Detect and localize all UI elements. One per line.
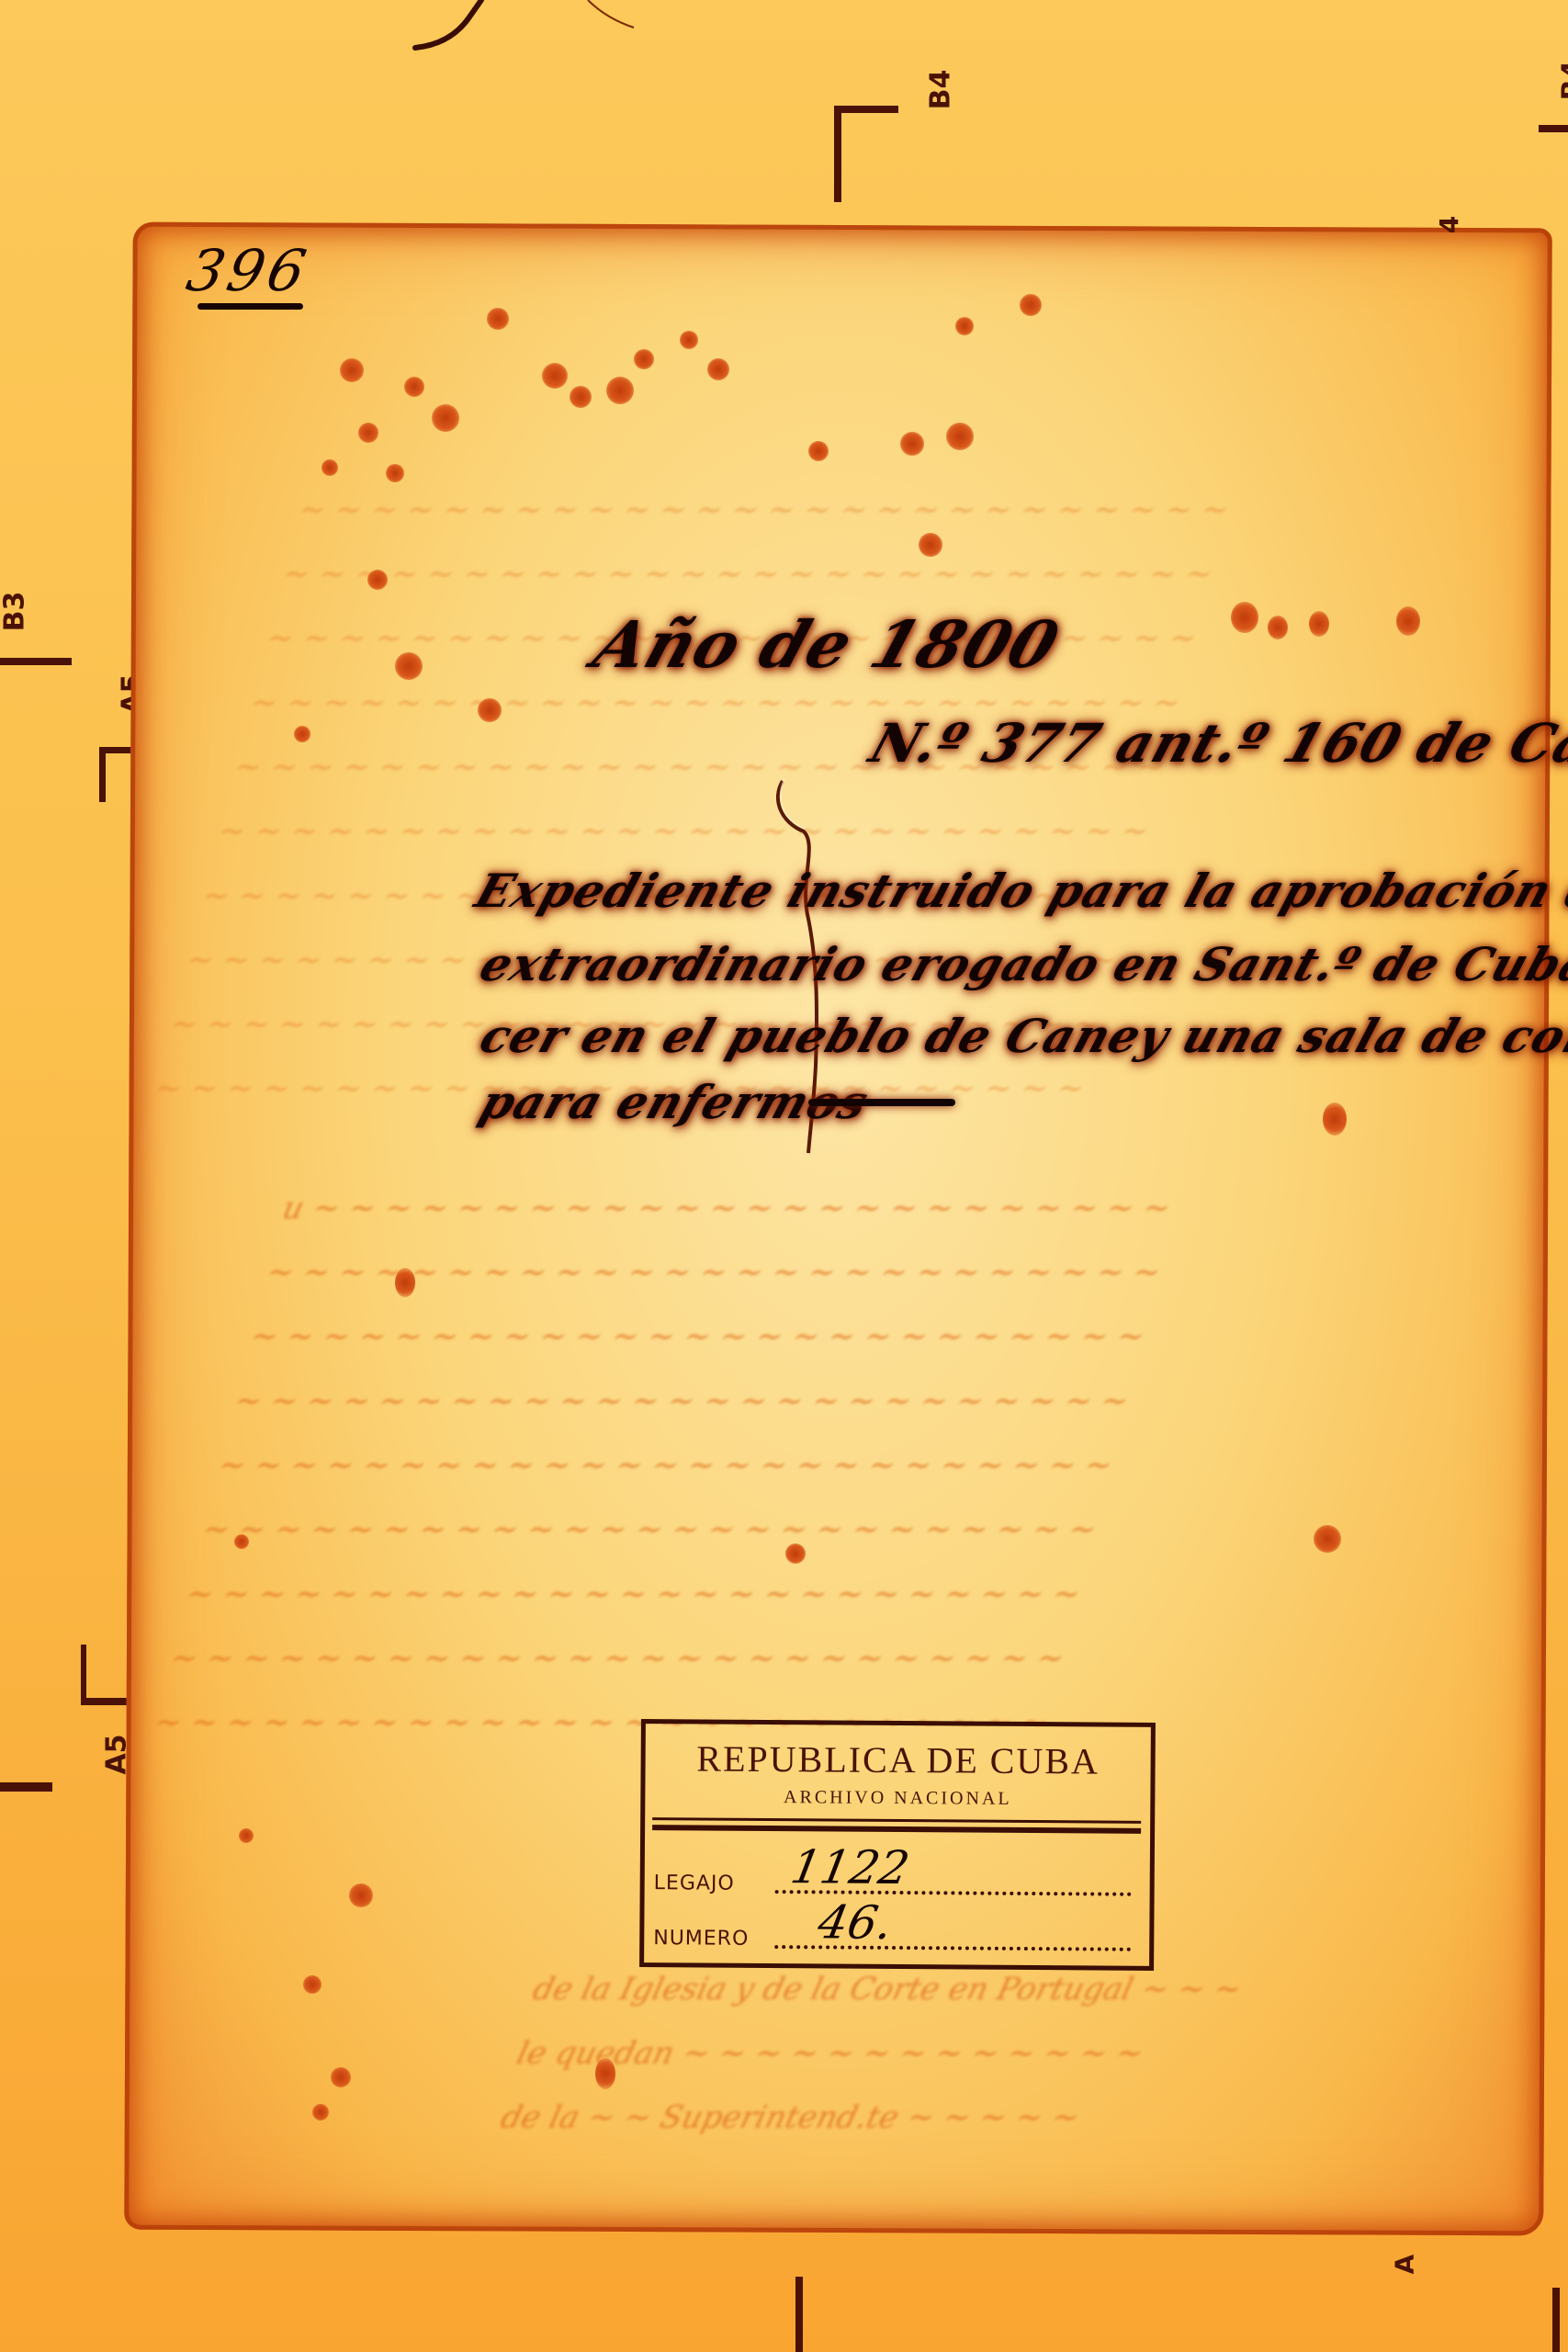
tick-mark-bottom-right <box>1552 2288 1560 2352</box>
summary-line-3: cer en el pueblo de Caney una sala de co… <box>473 1009 1568 1063</box>
summary-line-2: extraordinario erogado en Sant.º de Cuba… <box>473 937 1568 991</box>
corner-mark-top <box>834 106 898 113</box>
mark-label-top: B4 <box>924 70 956 110</box>
stamp-value-numero: 46. <box>814 1895 897 1949</box>
mark-label-top-right: B4 <box>1556 61 1568 101</box>
corner-mark-left-lower <box>81 1645 86 1704</box>
sheet-corner-label-top: 4 <box>1434 216 1464 233</box>
tick-mark-top-right <box>1539 125 1568 132</box>
stamp-row-numero: NUMERO 46. <box>653 1898 1140 1957</box>
tick-mark-bottom <box>795 2277 803 2352</box>
faded-text-middle: u ~ ~ ~ ~ ~ ~ ~ ~ ~ ~ ~ ~ ~ ~ ~ ~ ~ ~ ~ … <box>150 1176 1568 1746</box>
stamp-rule <box>652 1817 1141 1824</box>
stamp-label-numero: NUMERO <box>653 1927 749 1951</box>
corner-mark-top-vertical <box>834 106 841 202</box>
summary-line-1: Expediente instruido para la aprobación … <box>468 864 1568 918</box>
stamp-title: REPUBLICA DE CUBA <box>645 1736 1150 1783</box>
mark-label-left-upper: B3 <box>0 592 30 632</box>
stamp-value-legajo: 1122 <box>787 1840 914 1894</box>
corner-mark-left-mid-vertical <box>99 747 106 802</box>
document-heading: Año de 1800 <box>585 606 1069 683</box>
stamp-subtitle: ARCHIVO NACIONAL <box>645 1786 1150 1811</box>
faded-text-bottom: de la Iglesia y de la Corte en Portugal … <box>487 1957 1534 2177</box>
archive-stamp: REPUBLICA DE CUBA ARCHIVO NACIONAL LEGAJ… <box>639 1719 1156 1971</box>
pencil-curve <box>404 0 661 55</box>
document-reference: N.º 377 ant.º 160 de Cayo <box>863 712 1568 775</box>
folio-number: 396 <box>181 237 315 304</box>
summary-end-dash <box>808 1099 955 1106</box>
stamp-row-legajo: LEGAJO 1122 <box>654 1843 1141 1902</box>
tick-mark-left-upper <box>0 658 72 665</box>
stamp-label-legajo: LEGAJO <box>654 1871 735 1895</box>
sheet-corner-label-bottom: A <box>1389 2255 1419 2275</box>
stamp-rule-thick <box>652 1825 1141 1834</box>
folio-underline <box>197 303 303 310</box>
tick-mark-left-lower <box>0 1782 52 1792</box>
